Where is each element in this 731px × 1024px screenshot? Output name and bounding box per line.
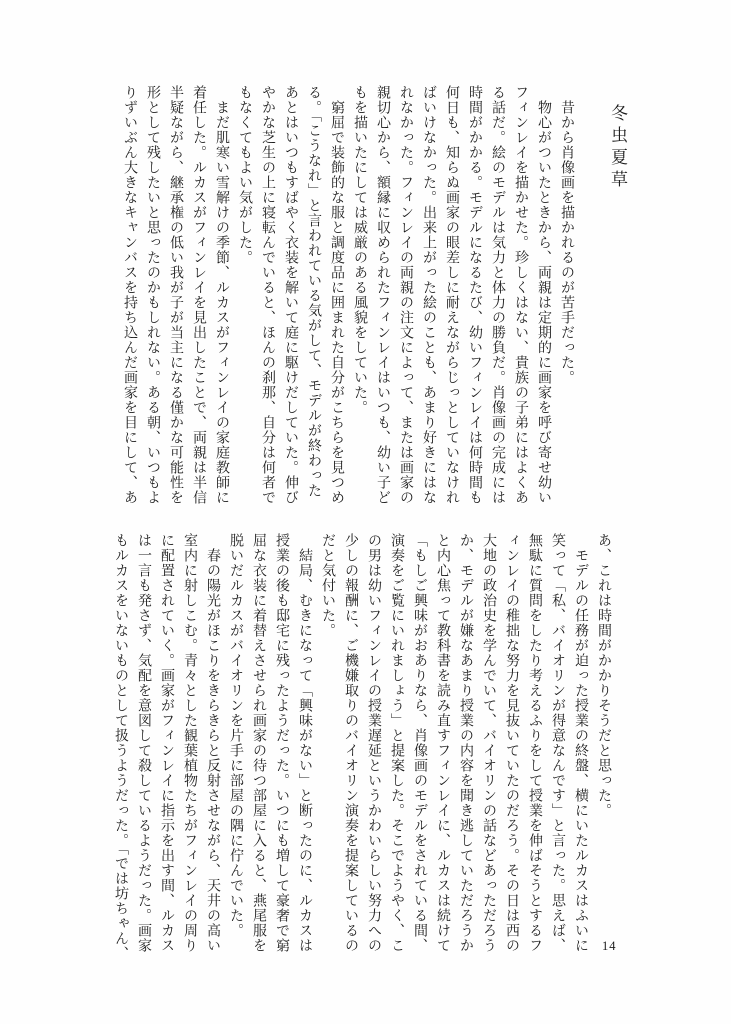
- text-line: 笑って「私、バイオリンが得意なんです」と言った。思えば、: [546, 533, 569, 953]
- text-line: 何日も、知らぬ画家の眼差しに耐えながらじっとしていなけれ: [440, 85, 463, 505]
- text-line: れなかった。フィンレイの両親の注文によって、または画家の: [394, 85, 417, 505]
- text-block-lower: あ、これは時間がかかりそうだと思った。 モデルの任務が迫った授業の終盤、横にいた…: [109, 533, 615, 953]
- text-line: に配置されていく。画家がフィンレイに指示を出す間、ルカス: [155, 533, 178, 953]
- text-line: りずいぶん大きなキャンバスを持ち込んだ画家を目にして、あ: [118, 85, 141, 505]
- text-line: ばいけなかった。出来上がった絵のことも、あまり好きにはな: [417, 85, 440, 505]
- text-line: だと気付いた。: [316, 533, 339, 953]
- book-page: 冬虫夏草 昔から肖像画を描かれるのが苦手だった。 物心がついたときから、両親は定…: [0, 0, 731, 1024]
- text-line: 「もしご興味がおありなら、肖像画のモデルをされている間、: [408, 533, 431, 953]
- text-line: 着任した。ルカスがフィンレイを見出したことで、両親は半信: [187, 85, 210, 505]
- text-line: の男は幼いフィンレイの授業遅延というかわいらしい努力への: [362, 533, 385, 953]
- text-line: 演奏をご覧にいれましょう」と提案した。そこでようやく、こ: [385, 533, 408, 953]
- text-line: まだ肌寒い雪解けの季節、ルカスがフィンレイの家庭教師に: [210, 85, 233, 505]
- text-line: あ、これは時間がかかりそうだと思った。: [592, 533, 615, 953]
- text-block-upper: 昔から肖像画を描かれるのが苦手だった。 物心がついたときから、両親は定期的に画家…: [118, 85, 578, 505]
- text-line: モデルの任務が迫った授業の終盤、横にいたルカスはふいに: [569, 533, 592, 953]
- text-line: もルカスをいないものとして扱うようだった。「では坊ちゃん、: [109, 533, 132, 953]
- text-line: 屈な衣装に着替えさせられ画家の待つ部屋に入ると、燕尾服を: [247, 533, 270, 953]
- text-line: 昔から肖像画を描かれるのが苦手だった。: [555, 85, 578, 505]
- text-line: 結局、むきになって「興味がない」と断ったのに、ルカスは: [293, 533, 316, 953]
- text-line: あとはいつもすばやく衣装を解いて庭に駆けだしていた。伸び: [279, 85, 302, 505]
- text-line: 無駄に質問をしたり考えるふりをして授業を伸ばそうとするフ: [523, 533, 546, 953]
- text-line: 少しの報酬に、ご機嫌取りのバイオリン演奏を提案しているの: [339, 533, 362, 953]
- text-line: る話だ。絵のモデルは気力と体力の勝負だ。肖像画の完成には: [486, 85, 509, 505]
- text-line: 室内に射しこむ。青々とした観葉植物たちがフィンレイの周り: [178, 533, 201, 953]
- text-line: もなくてもよい気がした。: [233, 85, 256, 505]
- text-line: か、モデルが嫌なあまり授業の内容を聞き逃していただろうか: [454, 533, 477, 953]
- text-line: やかな芝生の上に寝転んでいると、ほんの刹那、自分は何者で: [256, 85, 279, 505]
- text-line: 授業の後も邸宅に残ったようだった。いつにも増して豪奢で窮: [270, 533, 293, 953]
- text-line: 時間がかかる。モデルになるたび、幼いフィンレイは何時間も: [463, 85, 486, 505]
- text-line: 物心がついたときから、両親は定期的に画家を呼び寄せ幼い: [532, 85, 555, 505]
- text-line: 大地の政治史を学んでいて、バイオリンの話などあっただろう: [477, 533, 500, 953]
- text-line: 窮屈で装飾的な服と調度品に囲まれた自分がこちらを見つめ: [325, 85, 348, 505]
- text-line: ィンレイの稚拙な努力を見抜いていたのだろう。その日は西の: [500, 533, 523, 953]
- text-line: フィンレイを描かせた。珍しくはない、貴族の子弟にはよくあ: [509, 85, 532, 505]
- text-line: 半疑ながら、継承権の低い我が子が当主になる僅かな可能性を: [164, 85, 187, 505]
- text-line: と内心焦って教科書を読み直すフィンレイに、ルカスは続けて: [431, 533, 454, 953]
- page-title: 冬虫夏草: [605, 104, 630, 192]
- text-line: る。「こうなれ」と言われている気がして、モデルが終わった: [302, 85, 325, 505]
- text-line: もを描いたにしては威厳のある風貌をしていた。: [348, 85, 371, 505]
- text-line: は一言も発さず、気配を意図して殺しているようだった。画家: [132, 533, 155, 953]
- text-line: 脱いだルカスがバイオリンを片手に部屋の隅に佇んでいた。: [224, 533, 247, 953]
- text-line: 春の陽光がほこりをきらきらと反射させながら、天井の高い: [201, 533, 224, 953]
- text-line: 親切心から、額縁に収められたフィンレイはいつも、幼い子ど: [371, 85, 394, 505]
- page-number: 14: [602, 939, 617, 954]
- text-line: 形として残したいと思ったのかもしれない。ある朝、いつもよ: [141, 85, 164, 505]
